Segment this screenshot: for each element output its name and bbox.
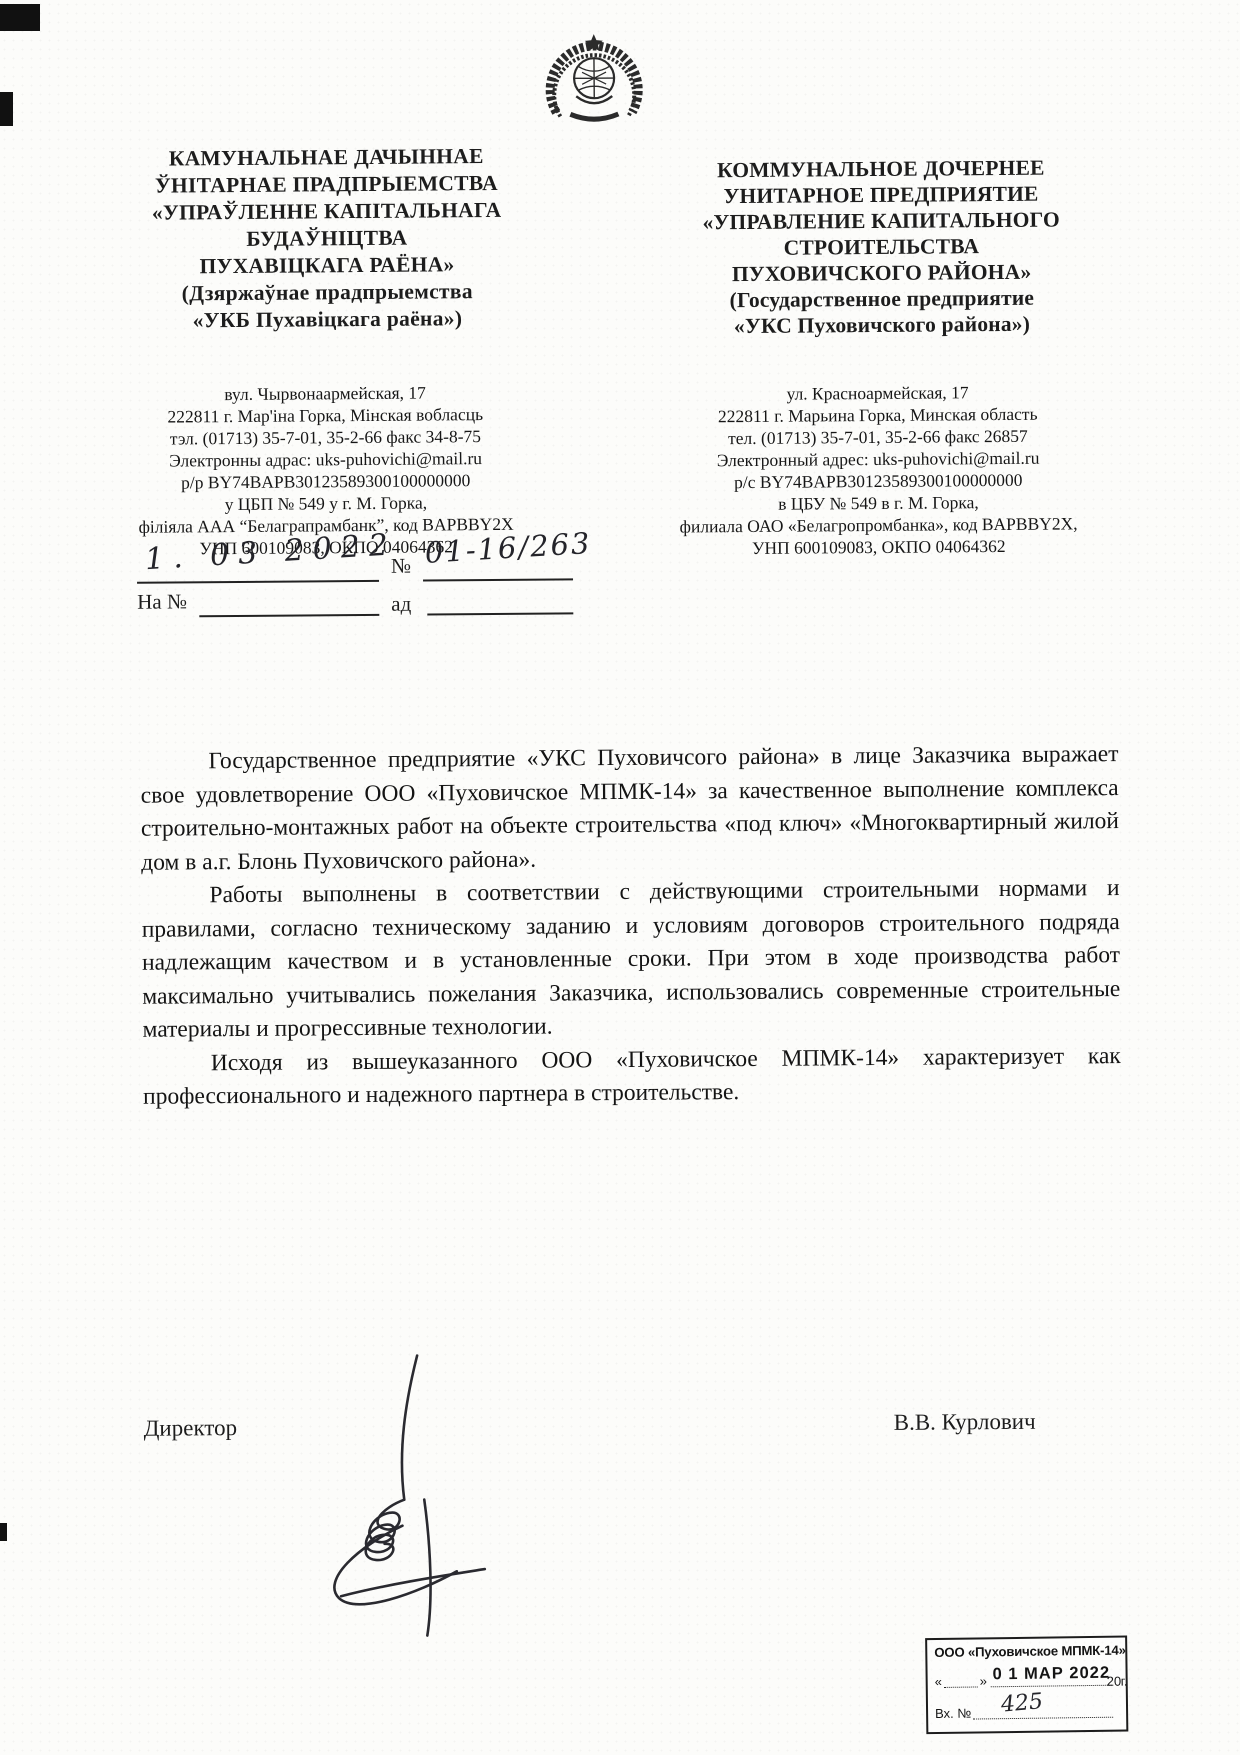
- stamp-year-suffix: г.: [1121, 1674, 1128, 1689]
- incoming-registration-stamp: ООО «Пуховичское МПМК-14» « » 0 1 МАР 20…: [925, 1636, 1128, 1735]
- stamp-close-quote: »: [980, 1673, 987, 1688]
- header-line: КОММУНАЛЬНОЕ ДОЧЕРНЕЕ: [651, 154, 1111, 184]
- stamp-inbox-underline: [973, 1717, 1113, 1720]
- stamp-date-line: « » 0 1 МАР 2022 20 г.: [934, 1664, 1118, 1690]
- paragraph: Государственное предприятие «УКС Пухович…: [140, 738, 1119, 880]
- header-line: БУДАЎНІЦТВА: [104, 224, 549, 254]
- number-label: №: [391, 554, 411, 579]
- header-line: ПУХАВІЦКАГА РАЁНА»: [104, 251, 549, 281]
- handwritten-signature: [305, 1349, 527, 1641]
- header-belarusian: КАМУНАЛЬНАЕ ДАЧЫННАЕ ЎНІТАРНАЕ ПРАДПРЫЕМ…: [104, 143, 550, 335]
- stamp-inbox-line: Вх. № 425: [935, 1698, 1119, 1724]
- header-line: (Государственное предприятие: [652, 284, 1112, 314]
- header-line: ЎНІТАРНАЕ ПРАДПРЫЕМСТВА: [104, 170, 549, 200]
- address-block-russian: ул. Красноармейская, 17 222811 г. Марьин…: [643, 380, 1114, 560]
- header-russian: КОММУНАЛЬНОЕ ДОЧЕРНЕЕ УНИТАРНОЕ ПРЕДПРИЯ…: [651, 154, 1112, 340]
- reference-line: 1. 03 2022 № 01-16/263 На № ад: [137, 540, 597, 544]
- signer-title: Директор: [144, 1415, 238, 1442]
- letter-body: Государственное предприятие «УКС Пухович…: [140, 738, 1121, 1114]
- header-line: УНИТАРНОЕ ПРЕДПРИЯТИЕ: [651, 180, 1111, 210]
- header-line: «УКБ Пухавіцкага раёна»): [105, 305, 550, 335]
- date-underline: [137, 580, 379, 584]
- header-line: (Дзяржаўнае прадпрыемства: [105, 278, 550, 308]
- stamp-open-quote: «: [935, 1674, 942, 1689]
- scanned-letter-page: КАМУНАЛЬНАЕ ДАЧЫННАЕ ЎНІТАРНАЕ ПРАДПРЫЕМ…: [0, 0, 1240, 1755]
- header-line: СТРОИТЕЛЬСТВА: [651, 232, 1111, 262]
- reply-date-label: ад: [391, 592, 411, 617]
- header-line: КАМУНАЛЬНАЕ ДАЧЫННАЕ: [104, 143, 549, 173]
- reply-number-underline: [199, 614, 379, 617]
- header-line: «УПРАВЛЕНИЕ КАПИТАЛЬНОГО: [651, 206, 1111, 236]
- reply-number-label: На №: [137, 589, 187, 614]
- reply-date-underline: [427, 612, 573, 615]
- paragraph: Работы выполнены в соответствии с действ…: [141, 872, 1120, 1047]
- stamp-inbox-label: Вх. №: [935, 1706, 971, 1721]
- paragraph: Исходя из вышеуказанного ООО «Пуховичско…: [143, 1040, 1121, 1115]
- stamp-dater-imprint: 0 1 МАР 2022: [990, 1664, 1112, 1688]
- header-line: ПУХОВИЧСКОГО РАЙОНА»: [652, 258, 1112, 288]
- number-underline: [423, 578, 573, 581]
- header-line: «УКС Пуховичского района»): [652, 310, 1112, 340]
- stamp-organization: ООО «Пуховичское МПМК-14»: [934, 1643, 1118, 1660]
- address-line: филиала ОАО «Белагропромбанка», код BAPB…: [644, 512, 1114, 538]
- stamp-year-prefix: 20: [1107, 1674, 1122, 1689]
- signer-name: В.В. Курлович: [894, 1409, 1036, 1436]
- coat-of-arms-emblem: [540, 26, 649, 135]
- reply-reference-line: На № ад: [137, 584, 597, 622]
- coat-of-arms-icon: [540, 26, 649, 135]
- address-line: УНП 600109083, ОКПО 04064362: [644, 534, 1114, 560]
- handwritten-inbox-number: 425: [1000, 1689, 1044, 1717]
- header-line: «УПРАЎЛЕННЕ КАПІТАЛЬНАГА: [104, 197, 549, 227]
- stamp-day-underline: [944, 1686, 978, 1687]
